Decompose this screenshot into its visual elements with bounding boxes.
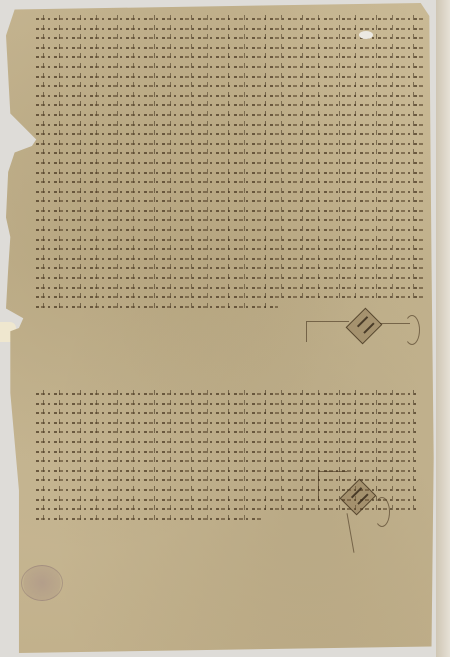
script-line (36, 186, 426, 196)
script-line (36, 388, 416, 398)
script-line (36, 42, 426, 52)
script-line (36, 253, 426, 263)
script-line (36, 426, 416, 436)
script-line (36, 407, 416, 417)
script-line (36, 167, 426, 177)
script-line (36, 224, 426, 234)
script-line (36, 109, 426, 119)
script-line (36, 157, 426, 167)
script-line (36, 446, 416, 456)
scan-background-edge (436, 0, 450, 657)
script-line (36, 465, 416, 475)
flourish-mark-2 (374, 497, 390, 527)
script-line (36, 195, 426, 205)
signum-rule-1 (306, 321, 349, 342)
script-line (36, 99, 426, 109)
script-line (36, 436, 416, 446)
script-line (36, 234, 426, 244)
script-line (36, 13, 426, 23)
script-line (36, 262, 426, 272)
parchment-hole (359, 31, 373, 39)
script-line (36, 128, 426, 138)
script-line (36, 71, 426, 81)
script-line (36, 51, 426, 61)
script-line (36, 272, 426, 282)
script-line (36, 243, 426, 253)
script-line (36, 119, 426, 129)
script-line (36, 455, 416, 465)
script-line (36, 301, 278, 311)
script-line (36, 214, 426, 224)
text-block-1: Handwritten text (not transcribable at t… (36, 13, 426, 310)
scan-viewer: Single parchment leaf with two paragraph… (0, 0, 450, 657)
script-line (36, 61, 426, 71)
flourish-mark-1 (404, 315, 420, 345)
script-line (36, 291, 426, 301)
script-line (36, 90, 426, 100)
script-line (36, 80, 426, 90)
parchment-leaf: Single parchment leaf with two paragraph… (6, 3, 438, 653)
script-line (36, 282, 426, 292)
script-line (36, 513, 264, 523)
script-line (36, 147, 426, 157)
script-line (36, 138, 426, 148)
library-stamp: Circular library/archive stamp (21, 565, 63, 601)
script-line (36, 205, 426, 215)
notarial-signum-1 (346, 308, 383, 345)
script-line (36, 417, 416, 427)
script-line (36, 398, 416, 408)
script-line (36, 176, 426, 186)
